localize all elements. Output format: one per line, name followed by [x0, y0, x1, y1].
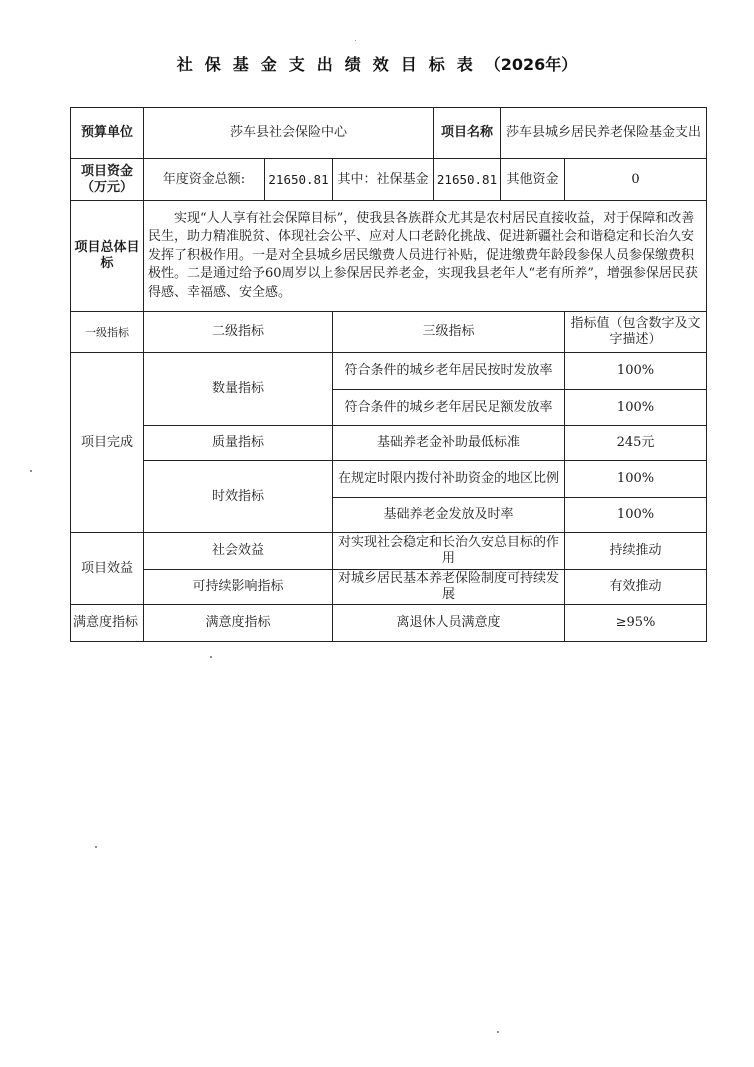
value-cell: 100% [565, 353, 707, 390]
level3-cell: 对实现社会稳定和长治久安总目标的作用 [333, 533, 565, 570]
level3-cell: 基础养老金发放及时率 [333, 498, 565, 533]
value-cell: 245元 [565, 426, 707, 461]
level2-cell: 满意度指标 [144, 605, 333, 642]
value-cell: 100% [565, 461, 707, 498]
value-cell: 100% [565, 390, 707, 426]
scan-speck [95, 846, 97, 848]
other-funds-value: 0 [565, 159, 707, 201]
header-level1: 一级指标 [71, 312, 144, 353]
table-row: 质量指标 基础养老金补助最低标准 245元 [71, 426, 707, 461]
level2-cell: 可持续影响指标 [144, 570, 333, 605]
level2-cell: 社会效益 [144, 533, 333, 570]
level2-cell: 时效指标 [144, 461, 333, 533]
budget-unit-value: 莎车县社会保险中心 [144, 108, 434, 159]
funds-row: 项目资金（万元） 年度资金总额: 21650.81 其中：社保基金 21650.… [71, 159, 707, 201]
level1-cell: 满意度指标 [71, 605, 144, 642]
overall-goal-text: 实现“人人享有社会保障目标”，使我县各族群众尤其是农村居民直接收益，对于保障和改… [144, 201, 707, 312]
title-text: 社保基金支出绩效目标表 [177, 55, 485, 74]
performance-target-table: 预算单位 莎车县社会保险中心 项目名称 莎车县城乡居民养老保险基金支出 项目资金… [70, 107, 707, 642]
header-level3: 三级指标 [333, 312, 565, 353]
title-year: （2026年） [485, 55, 578, 74]
level1-cell: 项目效益 [71, 533, 144, 605]
social-fund-value: 21650.81 [434, 159, 501, 201]
header-value: 指标值（包含数字及文字描述） [565, 312, 707, 353]
header-level2: 二级指标 [144, 312, 333, 353]
scan-speck [210, 656, 212, 658]
project-name-label: 项目名称 [434, 108, 501, 159]
level2-cell: 数量指标 [144, 353, 333, 426]
value-cell: ≥95% [565, 605, 707, 642]
social-fund-label: 其中：社保基金 [333, 159, 434, 201]
level3-cell: 符合条件的城乡老年居民足额发放率 [333, 390, 565, 426]
level3-cell: 符合条件的城乡老年居民按时发放率 [333, 353, 565, 390]
value-cell: 持续推动 [565, 533, 707, 570]
scan-speck [355, 40, 356, 41]
level3-cell: 对城乡居民基本养老保险制度可持续发展 [333, 570, 565, 605]
annual-total-label: 年度资金总额: [144, 159, 265, 201]
overall-goal-label: 项目总体目标 [71, 201, 144, 312]
scan-speck [497, 1031, 499, 1033]
funds-label: 项目资金（万元） [71, 159, 144, 201]
annual-total-value: 21650.81 [265, 159, 333, 201]
other-funds-label: 其他资金 [501, 159, 565, 201]
level3-cell: 在规定时限内拨付补助资金的地区比例 [333, 461, 565, 498]
table-row: 项目完成 数量指标 符合条件的城乡老年居民按时发放率 100% [71, 353, 707, 390]
table-row: 时效指标 在规定时限内拨付补助资金的地区比例 100% [71, 461, 707, 498]
level2-cell: 质量指标 [144, 426, 333, 461]
indicator-header-row: 一级指标 二级指标 三级指标 指标值（包含数字及文字描述） [71, 312, 707, 353]
page-title: 社保基金支出绩效目标表（2026年） [0, 52, 754, 75]
value-cell: 100% [565, 498, 707, 533]
budget-unit-row: 预算单位 莎车县社会保险中心 项目名称 莎车县城乡居民养老保险基金支出 [71, 108, 707, 159]
value-cell: 有效推动 [565, 570, 707, 605]
table-row: 项目效益 社会效益 对实现社会稳定和长治久安总目标的作用 持续推动 [71, 533, 707, 570]
overall-goal-row: 项目总体目标 实现“人人享有社会保障目标”，使我县各族群众尤其是农村居民直接收益… [71, 201, 707, 312]
project-name-value: 莎车县城乡居民养老保险基金支出 [501, 108, 707, 159]
budget-unit-label: 预算单位 [71, 108, 144, 159]
level1-cell: 项目完成 [71, 353, 144, 533]
table-row: 可持续影响指标 对城乡居民基本养老保险制度可持续发展 有效推动 [71, 570, 707, 605]
level3-cell: 离退休人员满意度 [333, 605, 565, 642]
level3-cell: 基础养老金补助最低标准 [333, 426, 565, 461]
scan-speck [30, 470, 32, 472]
table-row: 满意度指标 满意度指标 离退休人员满意度 ≥95% [71, 605, 707, 642]
